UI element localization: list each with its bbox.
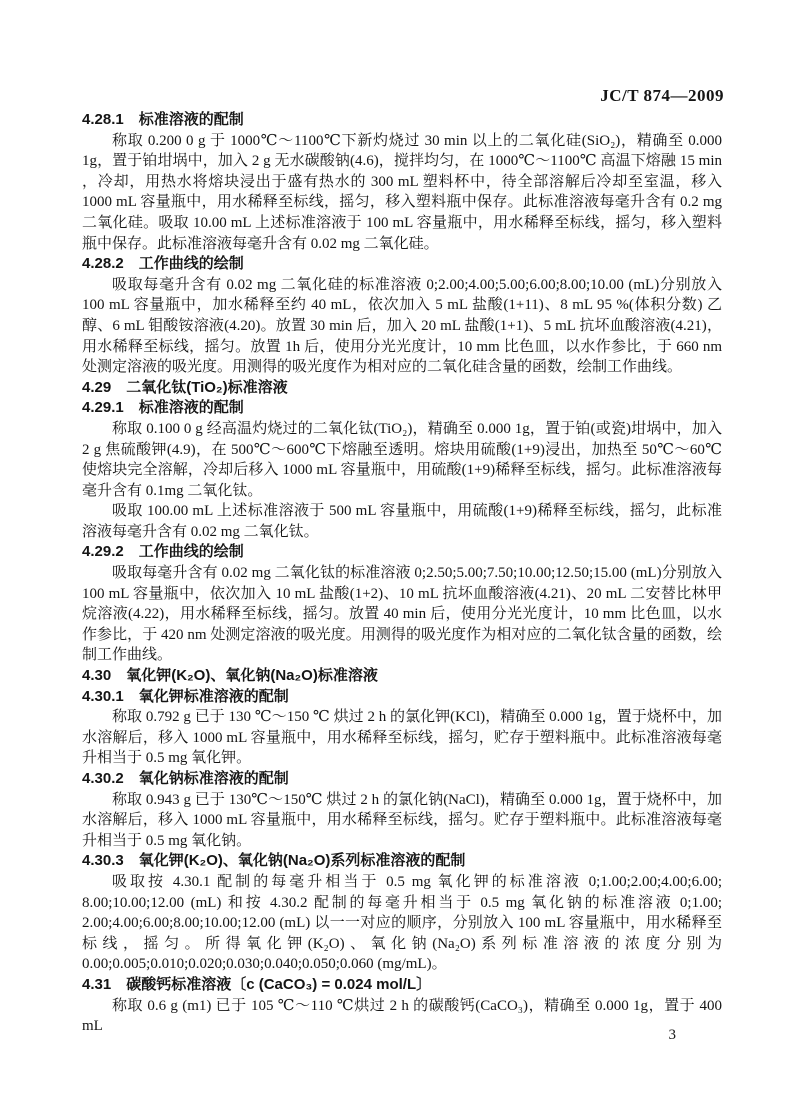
body-paragraph: 吸取每毫升含有 0.02 mg 二氧化硅的标准溶液 0;2.00;4.00;5.… [82, 275, 722, 378]
body-paragraph: 称取 0.200 0 g 于 1000℃～1100℃下新灼烧过 30 min 以… [82, 131, 722, 255]
page-number: 3 [669, 1027, 677, 1044]
section-heading: 4.31 碳酸钙标准溶液〔c (CaCO₃) = 0.024 mol/L〕 [82, 975, 722, 996]
body-paragraph: 称取 0.792 g 已于 130 ℃～150 ℃ 烘过 2 h 的氯化钾(KC… [82, 707, 722, 769]
body-paragraph: 吸取按 4.30.1 配制的每毫升相当于 0.5 mg 氧化钾的标准溶液 0;1… [82, 872, 722, 975]
section-heading: 4.29.2 工作曲线的绘制 [82, 542, 722, 563]
section-heading: 4.29.1 标准溶液的配制 [82, 398, 722, 419]
document-page: JC/T 874—2009 4.28.1 标准溶液的配制称取 0.200 0 g… [0, 0, 800, 1096]
section-heading: 4.28.1 标准溶液的配制 [82, 110, 722, 131]
standard-number: JC/T 874—2009 [600, 86, 724, 105]
section-heading: 4.30.3 氧化钾(K₂O)、氧化钠(Na₂O)系列标准溶液的配制 [82, 851, 722, 872]
section-heading: 4.30.1 氧化钾标准溶液的配制 [82, 687, 722, 708]
body-paragraph: 称取 0.943 g 已于 130℃～150℃ 烘过 2 h 的氯化钠(NaCl… [82, 790, 722, 852]
section-heading: 4.29 二氧化钛(TiO₂)标准溶液 [82, 378, 722, 399]
body-paragraph: 吸取 100.00 mL 上述标准溶液于 500 mL 容量瓶中，用硫酸(1+9… [82, 501, 722, 542]
page-header: JC/T 874—2009 [82, 86, 724, 106]
section-heading: 4.30.2 氧化钠标准溶液的配制 [82, 769, 722, 790]
section-heading: 4.28.2 工作曲线的绘制 [82, 254, 722, 275]
document-content: 4.28.1 标准溶液的配制称取 0.200 0 g 于 1000℃～1100℃… [82, 110, 722, 1037]
body-paragraph: 吸取每毫升含有 0.02 mg 二氧化钛的标准溶液 0;2.50;5.00;7.… [82, 563, 722, 666]
body-paragraph: 称取 0.6 g (m1) 已于 105 ℃～110 ℃烘过 2 h 的碳酸钙(… [82, 996, 722, 1037]
section-heading: 4.30 氧化钾(K₂O)、氧化钠(Na₂O)标准溶液 [82, 666, 722, 687]
body-paragraph: 称取 0.100 0 g 经高温灼烧过的二氧化钛(TiO₂)，精确至 0.000… [82, 419, 722, 501]
